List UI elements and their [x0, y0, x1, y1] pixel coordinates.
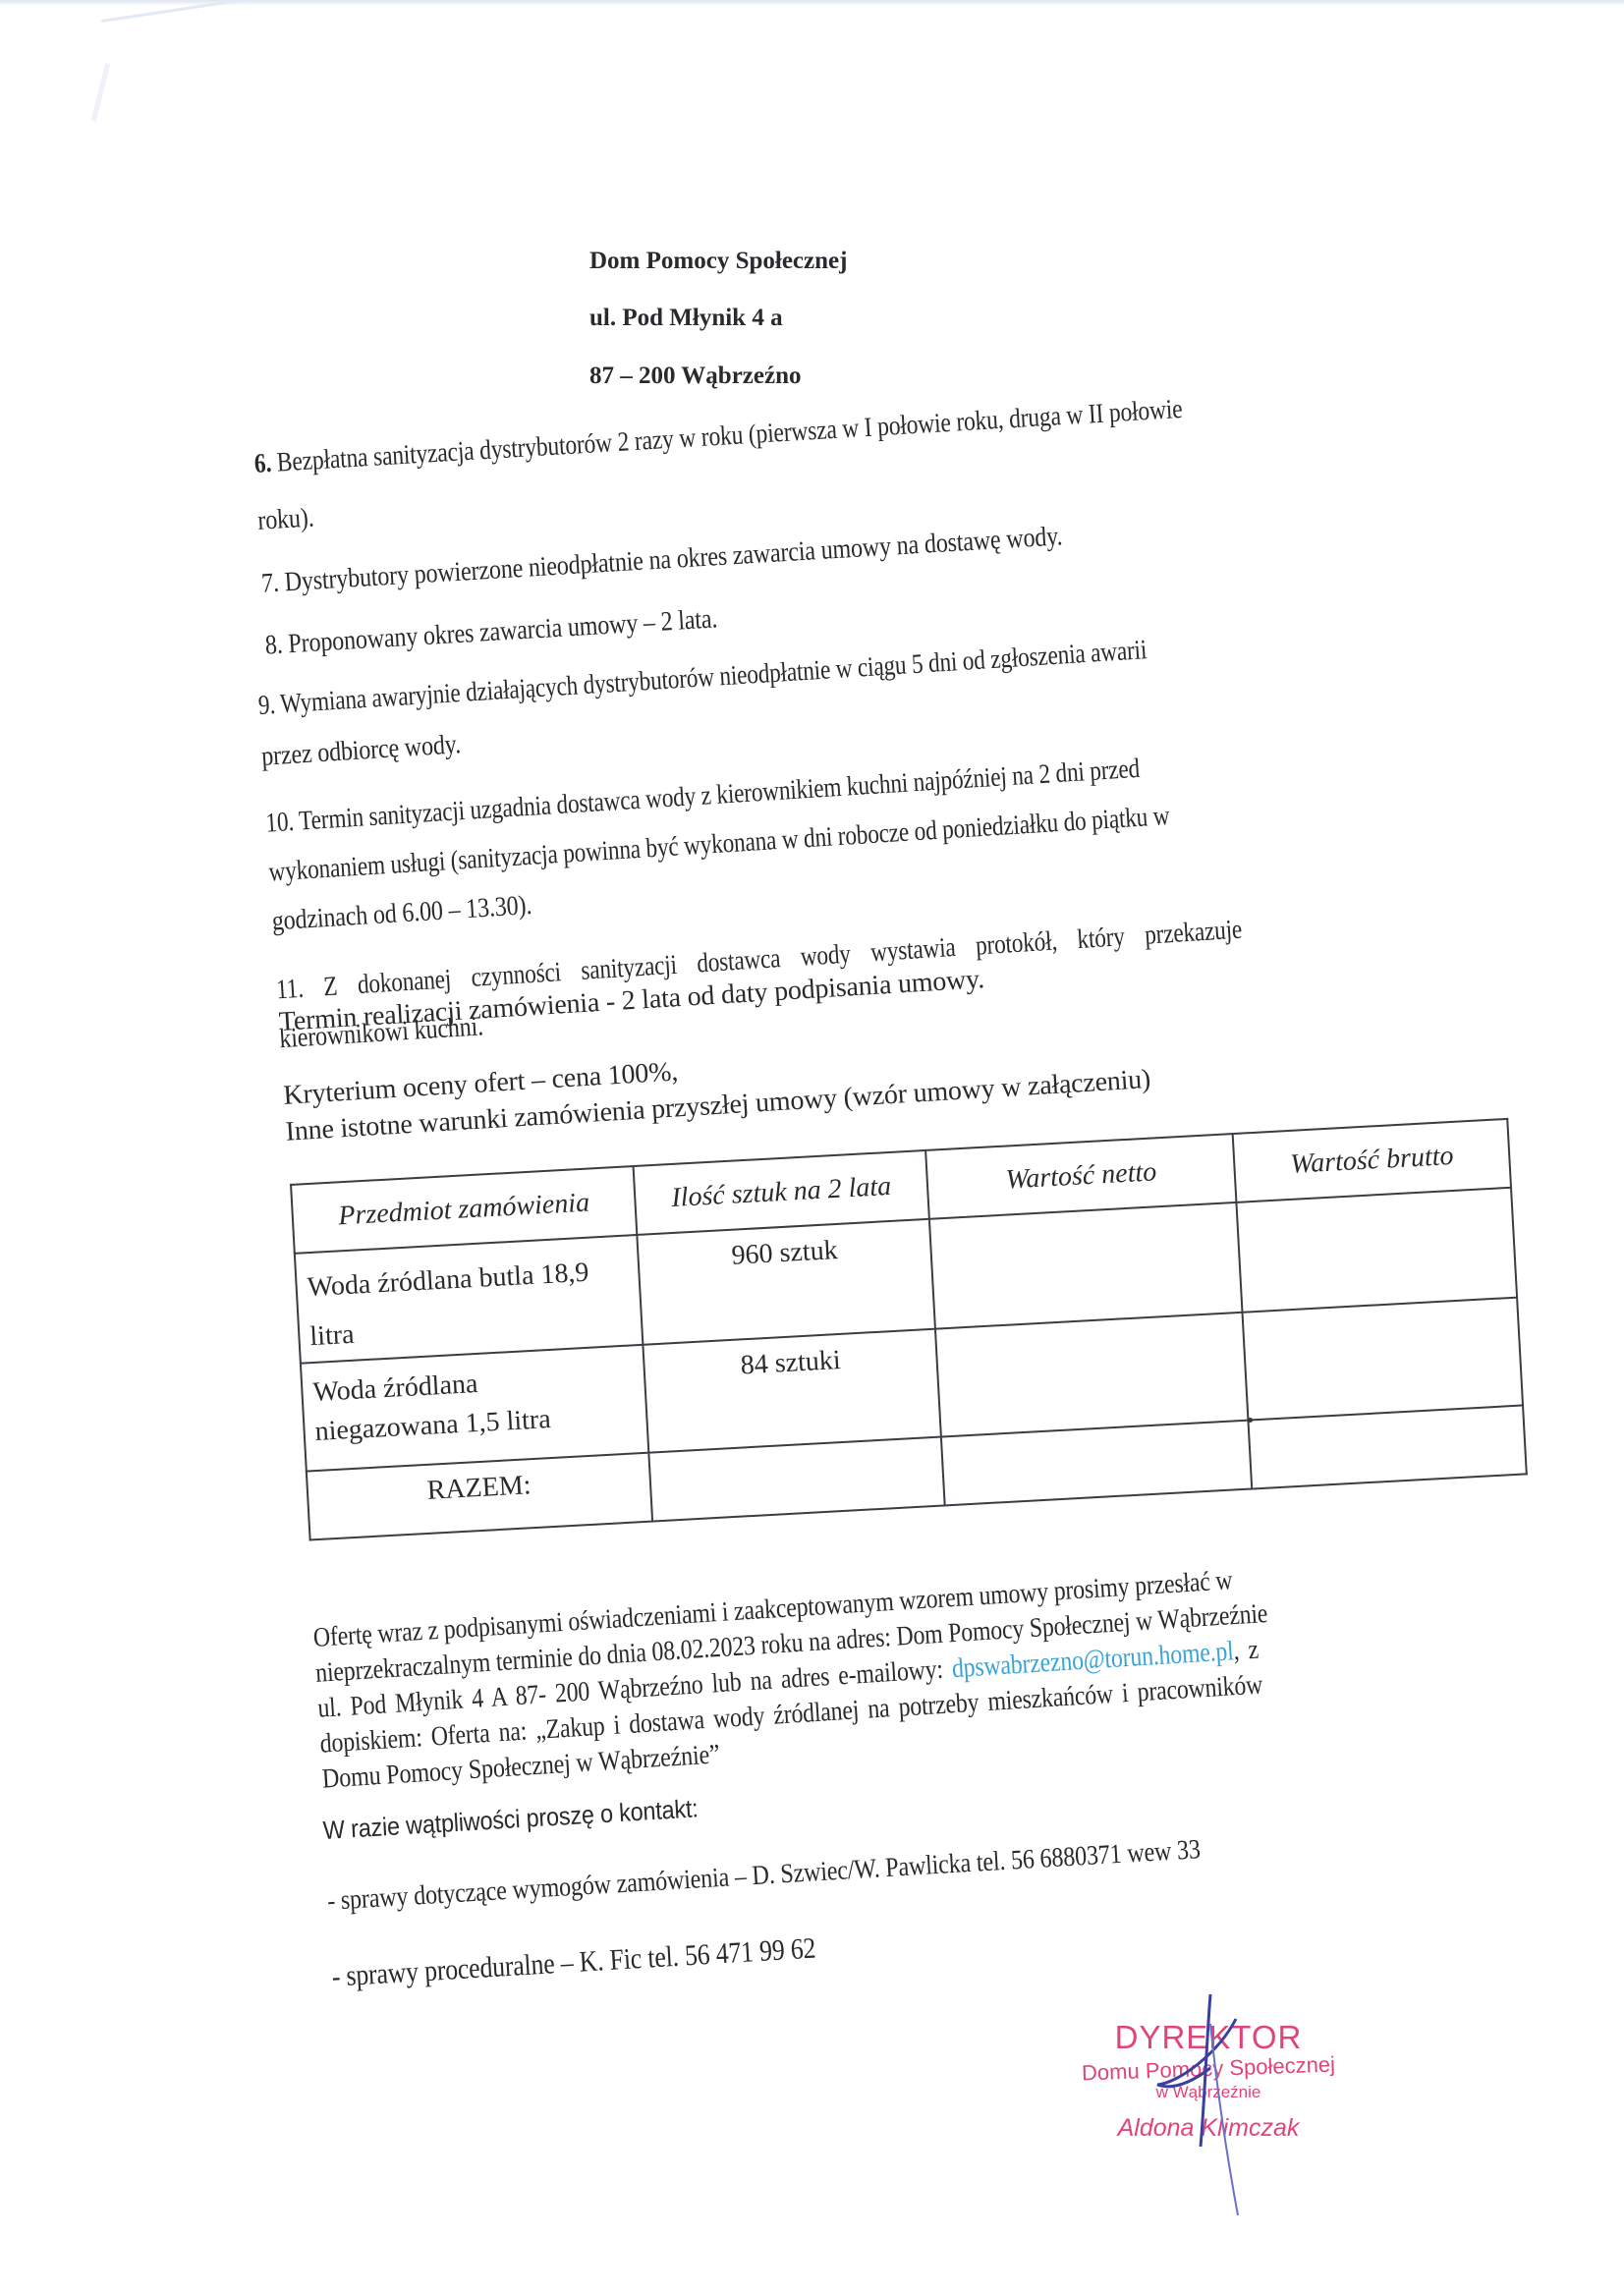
document-page: Dom Pomocy Społecznej ul. Pod Młynik 4 a… [0, 0, 1624, 2292]
signature [0, 0, 1624, 2292]
